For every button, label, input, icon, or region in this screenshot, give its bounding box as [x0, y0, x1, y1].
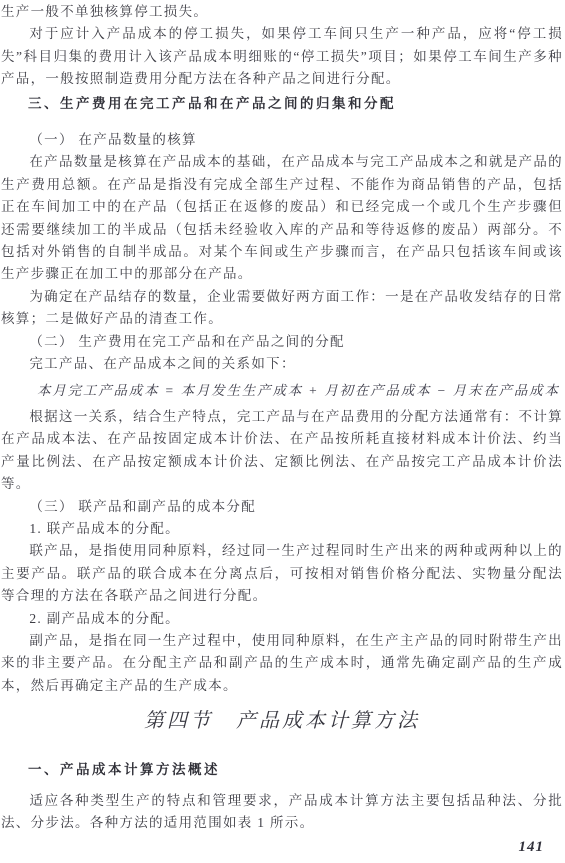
paragraph-wip-quantity: 在产品数量是核算在产品成本的基础，在产品成本与完工产品成本之和就是产品的生产费用…	[1, 151, 563, 285]
section-four-title: 第四节 产品成本计算方法	[1, 707, 563, 735]
subheading-wip-quantity: （一） 在产品数量的核算	[1, 129, 563, 151]
subheading-cost-allocation: （二） 生产费用在完工产品和在产品之间的分配	[1, 331, 563, 353]
heading-overview: 一、产品成本计算方法概述	[1, 759, 563, 781]
subheading-joint-by-products: （三） 联产品和副产品的成本分配	[1, 496, 563, 518]
paragraph-stop-loss: 对于应计入产品成本的停工损失，如果停工车间只生产一种产品，应将“停工损失”科目归…	[1, 23, 563, 90]
heading-section-three: 三、生产费用在完工产品和在产品之间的归集和分配	[1, 93, 563, 115]
cost-formula: 本月完工产品成本 = 本月发生生产成本 + 月初在产品成本 − 月末在产品成本	[1, 380, 563, 402]
paragraph-joint-products: 联产品，是指使用同种原料，经过同一生产过程同时生产出来的两种或两种以上的主要产品…	[1, 540, 563, 607]
paragraph-by-products: 副产品，是指在同一生产过程中，使用同种原料，在生产主产品的同时附带生产出来的非主…	[1, 630, 563, 697]
textbook-page: 生产一般不单独核算停工损失。 对于应计入产品成本的停工损失，如果停工车间只生产一…	[0, 0, 565, 863]
paragraph-wip-tasks: 为确定在产品结存的数量，企业需要做好两方面工作：一是在产品收发结存的日常核算；二…	[1, 286, 563, 331]
paragraph-allocation-methods: 根据这一关系，结合生产特点，完工产品与在产品费用的分配方法通常有：不计算在产品成…	[1, 406, 563, 496]
page-number: 141	[519, 839, 545, 856]
list-item-joint-products: 1. 联产品成本的分配。	[1, 518, 563, 540]
paragraph-continuation: 生产一般不单独核算停工损失。	[1, 1, 563, 23]
paragraph-relation-intro: 完工产品、在产品成本之间的关系如下：	[1, 353, 563, 375]
paragraph-overview: 适应各种类型生产的特点和管理要求，产品成本计算方法主要包括品种法、分批法、分步法…	[1, 790, 563, 835]
list-item-by-products: 2. 副产品成本的分配。	[1, 608, 563, 630]
